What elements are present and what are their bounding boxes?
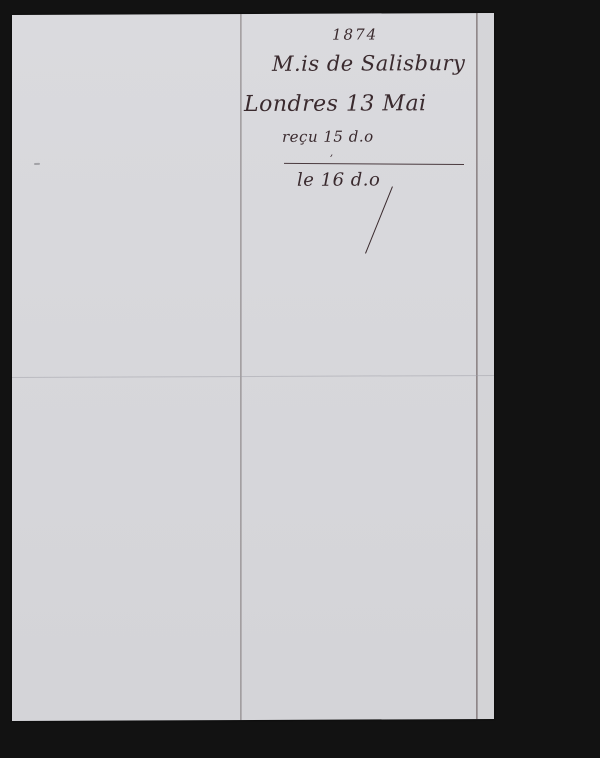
- docket-pen-stroke: [365, 186, 393, 253]
- docket-year: 1874: [332, 25, 378, 43]
- scan-background: 1874 M.is de Salisbury Londres 13 Mai re…: [0, 0, 600, 758]
- docket-answered: le 16 d.o: [297, 169, 380, 190]
- horizontal-fold: [12, 375, 494, 378]
- docket-place-date: Londres 13 Mai: [244, 91, 427, 117]
- right-panel: [478, 13, 494, 719]
- docket-received: reçu 15 d.o: [282, 127, 374, 145]
- docket-correspondent: M.is de Salisbury: [272, 51, 465, 76]
- letter-sheet: 1874 M.is de Salisbury Londres 13 Mai re…: [12, 13, 494, 721]
- docket-underline: [284, 163, 464, 165]
- vertical-fold-left: [240, 14, 242, 720]
- docket-tick-mark: ,: [330, 148, 334, 159]
- ink-smudge: [34, 163, 40, 165]
- vertical-fold-right: [476, 13, 478, 719]
- handwritten-docket: 1874 M.is de Salisbury Londres 13 Mai re…: [242, 21, 482, 22]
